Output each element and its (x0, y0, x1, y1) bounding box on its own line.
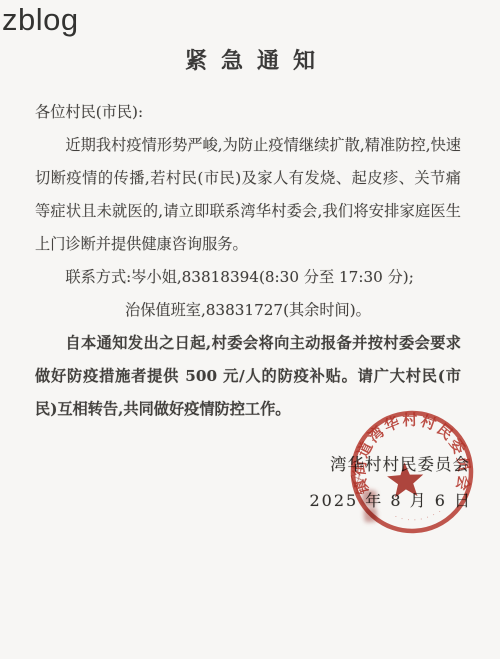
contact-line-2: 治保值班室,83831727(其余时间)。 (35, 294, 461, 327)
seal-smudge (361, 489, 377, 507)
notice-body: 各位村民(市民): 近期我村疫情形势严峻,为防止疫情继续扩散,精准防控,快速切断… (35, 96, 461, 426)
seal-star-icon (386, 461, 424, 497)
notice-paragraph-1: 近期我村疫情形势严峻,为防止疫情继续扩散,精准防控,快速切断疫情的传播,若村民(… (35, 129, 461, 261)
notice-title: 紧急通知 (0, 44, 500, 75)
zblog-logo[interactable]: zblog (2, 2, 79, 38)
salutation: 各位村民(市民): (35, 96, 461, 129)
scanned-notice-page: { "page": { "background": "#f7f6f4", "te… (0, 0, 500, 659)
contact-line-1: 联系方式:岑小姐,83818394(8:30 分至 17:30 分); (35, 261, 461, 294)
seal-smudge (363, 507, 377, 522)
